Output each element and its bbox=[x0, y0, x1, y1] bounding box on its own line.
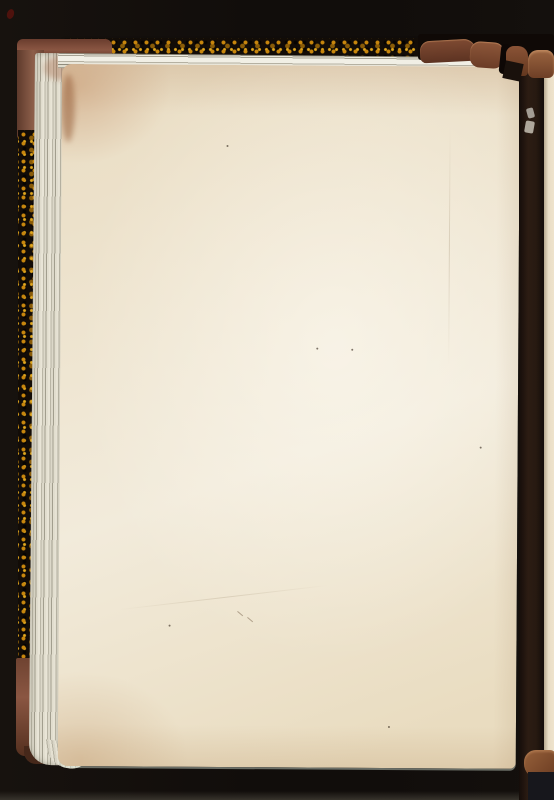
hinge-shadow bbox=[502, 60, 523, 81]
paper-fleck bbox=[226, 145, 228, 147]
pencil-mark bbox=[237, 611, 243, 616]
paper-fleck bbox=[316, 348, 318, 350]
foxing-smudge-top-left bbox=[62, 74, 75, 142]
cover-red-speck bbox=[6, 8, 16, 20]
facing-page-sliver bbox=[544, 72, 554, 756]
pencil-mark bbox=[247, 617, 253, 622]
paper-fleck bbox=[351, 349, 353, 351]
paper-crease-vertical bbox=[448, 126, 450, 366]
scan-bed-bottom-edge bbox=[0, 791, 554, 800]
paper-crease-diagonal bbox=[119, 585, 328, 610]
back-cover-dark-edge bbox=[519, 60, 545, 800]
bottom-right-dark-block bbox=[528, 772, 554, 800]
spine-headcap-leather bbox=[419, 39, 476, 64]
blank-page bbox=[58, 64, 520, 769]
spine-headcap-leather bbox=[528, 50, 554, 78]
paper-fleck bbox=[480, 447, 482, 449]
paper-fleck bbox=[169, 625, 171, 627]
paper-fleck bbox=[388, 726, 390, 728]
book-scan bbox=[0, 0, 554, 800]
